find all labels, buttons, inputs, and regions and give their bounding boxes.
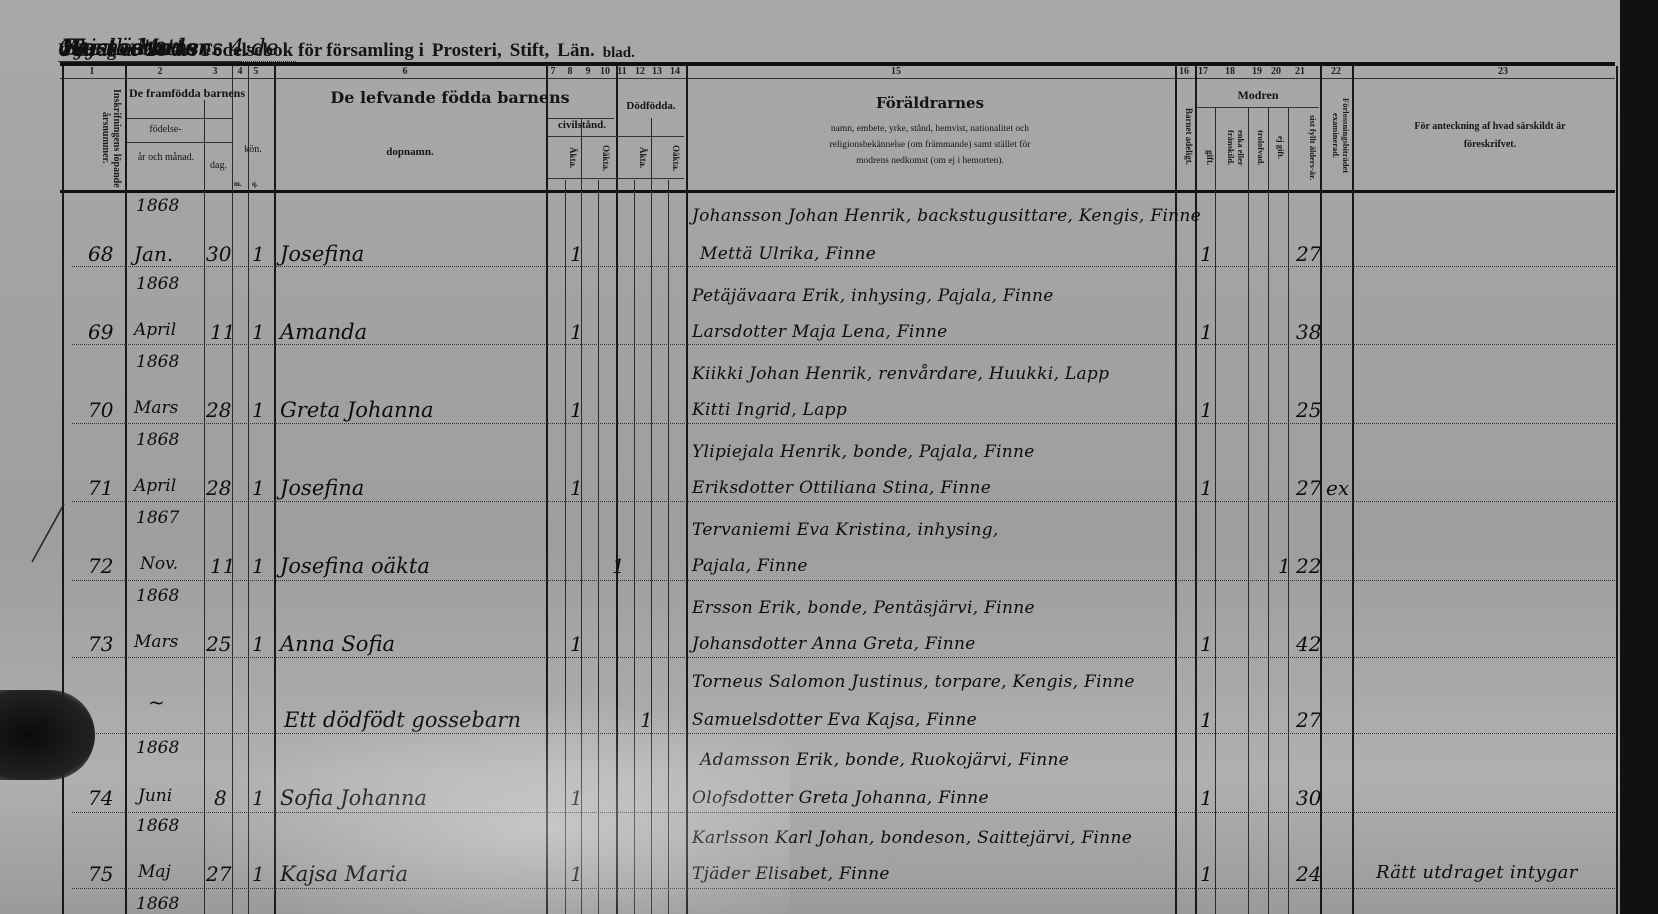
entry-number: 72 (88, 554, 113, 578)
grid-line (1215, 108, 1216, 914)
header-day: dag. (205, 160, 232, 171)
entry-father: Petäjävaara Erik, inhysing, Pajala, Finn… (692, 286, 1054, 306)
colnum-rule (60, 78, 1615, 79)
colnum-14: 14 (670, 66, 680, 77)
entry-day: 11 (210, 554, 235, 578)
trailing-year: 1868 (136, 894, 179, 914)
entry-baptismal-name: Josefina (280, 242, 364, 266)
row-separator (72, 423, 1617, 424)
header-entry-number: Inskrifningens löpande årsnummer. (66, 88, 122, 188)
entry-month: Maj (138, 862, 171, 882)
entry-mother-married: 1 (1200, 708, 1213, 732)
colnum-5: 5 (254, 66, 259, 77)
entry-father: Johansson Johan Henrik, backstugusittare… (692, 206, 1201, 226)
row-separator (72, 344, 1617, 345)
entry-sex-female: 1 (252, 242, 265, 266)
entry-baptismal-name: Amanda (280, 320, 367, 344)
grid-line (1352, 66, 1354, 914)
header-born-children: De framfödda barnens (127, 86, 247, 100)
entry-stillborn-legitimate: 1 (640, 708, 653, 732)
header-sex-male: m. (234, 180, 242, 188)
header-married: gift. (1197, 130, 1215, 186)
grid-line (62, 66, 64, 914)
header-sex: kön. (233, 144, 273, 155)
colnum-3: 3 (213, 66, 218, 77)
entry-number: 71 (88, 476, 113, 500)
entry-mother: Samuelsdotter Eva Kajsa, Finne (692, 710, 977, 730)
colnum-10: 10 (600, 66, 610, 77)
entry-month: April (134, 476, 176, 496)
grid-line (232, 66, 233, 914)
colnum-18: 18 (1225, 66, 1235, 77)
entry-father: Karlsson Karl Johan, bondeson, Saittejär… (692, 828, 1132, 848)
header-parents: Föräldrarnes (690, 94, 1170, 112)
grid-line (1288, 108, 1289, 914)
colnum-4: 4 (238, 66, 243, 77)
entry-sex-female: 1 (252, 398, 265, 422)
entry-mother-married: 1 (1200, 786, 1213, 810)
header-legitimate: Äkta. (552, 140, 578, 176)
colnum-17: 17 (1198, 66, 1208, 77)
entry-sex-female: 1 (252, 554, 265, 578)
colnum-12: 12 (635, 66, 645, 77)
header-birth: födelse- (127, 124, 204, 135)
colnum-19: 19 (1252, 66, 1262, 77)
header-mother: Modren (1197, 88, 1319, 103)
row-separator (72, 266, 1617, 267)
grid-line (1175, 66, 1177, 914)
header-parents-desc-3: modrens nedkomst (om ej i hemorten). (690, 156, 1170, 166)
row-separator (72, 733, 1617, 734)
grid-line (651, 118, 652, 914)
colnum-1: 1 (90, 66, 95, 77)
entry-sex-female: 1 (252, 862, 265, 886)
header-parents-desc-1: namn, embete, yrke, stånd, hemvist, nati… (690, 124, 1170, 134)
entry-mother-married: 1 (1200, 398, 1213, 422)
header-notes: För anteckning af hvad särskildt är före… (1400, 118, 1580, 154)
header-stillborn-illegitimate: Oäkta. (655, 140, 681, 176)
colnum-15: 15 (891, 66, 901, 77)
entry-father: Torneus Salomon Justinus, torpare, Kengi… (692, 672, 1135, 692)
header-unmarried: ej gift. (1270, 112, 1286, 184)
page-suffix: blad. (603, 45, 635, 62)
grid-line (1197, 107, 1319, 108)
top-rule (60, 62, 1615, 66)
entry-mother: Eriksdotter Ottiliana Stina, Finne (692, 478, 991, 498)
header-parents-desc-2: religionsbekännelse (om främmande) samt … (690, 140, 1170, 150)
entry-baptismal-name: Josefina oäkta (280, 554, 430, 578)
entry-mother: Mettä Ulrika, Finne (700, 244, 876, 264)
entry-number: 74 (88, 786, 113, 810)
entry-mother-age: 38 (1296, 320, 1321, 344)
entry-legitimate: 1 (570, 786, 583, 810)
entry-mother-age: 42 (1296, 632, 1321, 656)
grid-line (127, 142, 232, 143)
register-title: Utdrag ur 1868 års Födelsebok för Pajala… (58, 30, 1618, 62)
colnum-13: 13 (652, 66, 662, 77)
entry-mother-age: 25 (1296, 398, 1321, 422)
entry-mother-age: 27 (1296, 242, 1321, 266)
entry-day: 27 (206, 862, 231, 886)
grid-line (546, 66, 548, 914)
header-sex-female: q. (252, 180, 258, 188)
entry-midwife-examined: ex (1326, 476, 1349, 500)
grid-line (127, 118, 232, 119)
colnum-20: 20 (1271, 66, 1281, 77)
entry-month: Jan. (134, 242, 173, 266)
header-stillborn-legitimate: Äkta. (622, 140, 648, 176)
grid-line (125, 66, 127, 914)
entry-month: Juni (138, 786, 172, 806)
entry-legitimate: 1 (570, 862, 583, 886)
grid-line (668, 180, 669, 914)
entry-day: 25 (206, 632, 231, 656)
entry-mother-married: 1 (1200, 862, 1213, 886)
grid-line (248, 66, 249, 914)
entry-number: 75 (88, 862, 113, 886)
grid-line (598, 180, 599, 914)
header-year-month: år och månad. (130, 152, 202, 164)
header-midwife-examined: Förlossningsbiträdet examinerad. (1323, 84, 1351, 188)
grid-line (204, 100, 205, 914)
entry-mother-unmarried: 1 (1278, 554, 1291, 578)
entry-number: 73 (88, 632, 113, 656)
entry-sex-female: 1 (252, 632, 265, 656)
row-separator (72, 580, 1617, 581)
colnum-23: 23 (1498, 66, 1508, 77)
entry-year: 1868 (136, 196, 179, 216)
entry-month: Mars (134, 398, 178, 418)
county-suffix: Län. (557, 40, 595, 62)
entry-month: April (134, 320, 176, 340)
colnum-9: 9 (586, 66, 591, 77)
deanery-suffix: Prosteri, (432, 40, 502, 62)
entry-baptismal-name: Sofia Johanna (280, 786, 427, 810)
colnum-2: 2 (158, 66, 163, 77)
header-living-children: De lefvande födda barnens (290, 88, 610, 107)
entry-baptismal-name: Josefina (280, 476, 364, 500)
header-betrothed: trolofvad. (1250, 112, 1266, 184)
entry-month-dash: ~ (148, 690, 165, 714)
scan-edge (1620, 0, 1658, 914)
entry-day: 28 (206, 476, 231, 500)
entry-baptismal-name: Greta Johanna (280, 398, 434, 422)
header-mother-age: sist fyllt ålders-år. (1290, 112, 1318, 184)
grid-line (1268, 108, 1269, 914)
entry-mother-married: 1 (1200, 242, 1213, 266)
entry-father: Adamsson Erik, bonde, Ruokojärvi, Finne (700, 750, 1069, 770)
colnum-16: 16 (1179, 66, 1189, 77)
row-separator (72, 888, 1617, 889)
entry-number: 70 (88, 398, 113, 422)
entry-mother: Olofsdotter Greta Johanna, Finne (692, 788, 989, 808)
entry-sex-female: 1 (252, 786, 265, 810)
parish-suffix: församling i (326, 40, 424, 62)
entry-legitimate: 1 (570, 632, 583, 656)
entry-mother-age: 27 (1296, 708, 1321, 732)
entry-mother-married: 1 (1200, 632, 1213, 656)
entry-baptismal-name: Anna Sofia (280, 632, 395, 656)
entry-number: 68 (88, 242, 113, 266)
colnum-11: 11 (617, 66, 626, 77)
entry-father: Ylipiejala Henrik, bonde, Pajala, Finne (692, 442, 1035, 462)
header-noble: Barnet adeligt. (1176, 86, 1194, 186)
row-separator (72, 501, 1617, 502)
diocese-suffix: Stift, (510, 40, 550, 62)
header-civil-status: civilstånd. (548, 119, 616, 131)
entry-baptismal-name: Kajsa Maria (280, 862, 408, 886)
entry-day: 28 (206, 398, 231, 422)
entry-father: Kiikki Johan Henrik, renvårdare, Huukki,… (692, 364, 1109, 384)
entry-number: 69 (88, 320, 113, 344)
entry-sex-female: 1 (252, 476, 265, 500)
entry-mother-age: 22 (1296, 554, 1321, 578)
entry-month: Nov. (140, 554, 178, 574)
entry-mother-married: 1 (1200, 320, 1213, 344)
entry-mother: Tjäder Elisabet, Finne (692, 864, 890, 884)
entry-mother: Johansdotter Anna Greta, Finne (692, 634, 976, 654)
entry-mother: Larsdotter Maja Lena, Finne (692, 322, 948, 342)
entry-mother: Kitti Ingrid, Lapp (692, 400, 847, 420)
header-widow-divorced: enka eller frånskild. (1218, 112, 1246, 184)
entry-legitimate: 1 (570, 320, 583, 344)
colnum-6: 6 (403, 66, 408, 77)
colnum-8: 8 (568, 66, 573, 77)
entry-day: 30 (206, 242, 231, 266)
grid-line (1248, 108, 1249, 914)
header-bottom-rule (60, 190, 1615, 193)
thumb-shadow (0, 690, 95, 780)
birth-register-page: Utdrag ur 1868 års Födelsebok för Pajala… (0, 0, 1620, 914)
margin-check-mark (28, 500, 68, 570)
entry-mother-age: 27 (1296, 476, 1321, 500)
entry-father: Ersson Erik, bonde, Pentäsjärvi, Finne (692, 598, 1035, 618)
entry-year: 1868 (136, 430, 179, 450)
row-separator (72, 657, 1617, 658)
grid-line (1195, 66, 1197, 914)
grid-line (1616, 66, 1618, 914)
colnum-7: 7 (551, 66, 556, 77)
grid-line (548, 178, 684, 179)
entry-parent-line-1: Tervaniemi Eva Kristina, inhysing, (692, 520, 999, 540)
entry-year: 1867 (136, 508, 179, 528)
entry-month: Mars (134, 632, 178, 652)
grid-line (548, 136, 684, 137)
header-stillborn: Dödfödda. (618, 100, 684, 112)
entry-day: 11 (210, 320, 235, 344)
grid-line (686, 66, 688, 914)
entry-illegitimate: 1 (612, 554, 625, 578)
entry-certification-note: Rätt utdraget intygar (1376, 862, 1578, 883)
entry-year: 1868 (136, 352, 179, 372)
colnum-22: 22 (1331, 66, 1341, 77)
entry-legitimate: 1 (570, 242, 583, 266)
entry-sex-female: 1 (252, 320, 265, 344)
colnum-21: 21 (1295, 66, 1305, 77)
entry-mother-married: 1 (1200, 476, 1213, 500)
grid-line (616, 66, 618, 914)
entry-day: 8 (214, 786, 227, 810)
entry-mother-age: 30 (1296, 786, 1321, 810)
entry-year: 1868 (136, 738, 179, 758)
grid-line (634, 180, 635, 914)
entry-baptismal-name: Ett dödfödt gossebarn (284, 708, 521, 732)
entry-legitimate: 1 (570, 398, 583, 422)
entry-year: 1868 (136, 816, 179, 836)
page-number-field: Sju (58, 36, 126, 62)
row-separator (72, 812, 1617, 813)
entry-parent-line-2: Pajala, Finne (692, 556, 808, 576)
grid-line (274, 66, 276, 914)
entry-year: 1868 (136, 274, 179, 294)
entry-legitimate: 1 (570, 476, 583, 500)
entry-mother-age: 24 (1296, 862, 1321, 886)
header-illegitimate: Oäkta. (585, 140, 611, 176)
grid-line (565, 180, 566, 914)
header-baptismal-name: dopnamn. (276, 146, 544, 158)
entry-year: 1868 (136, 586, 179, 606)
